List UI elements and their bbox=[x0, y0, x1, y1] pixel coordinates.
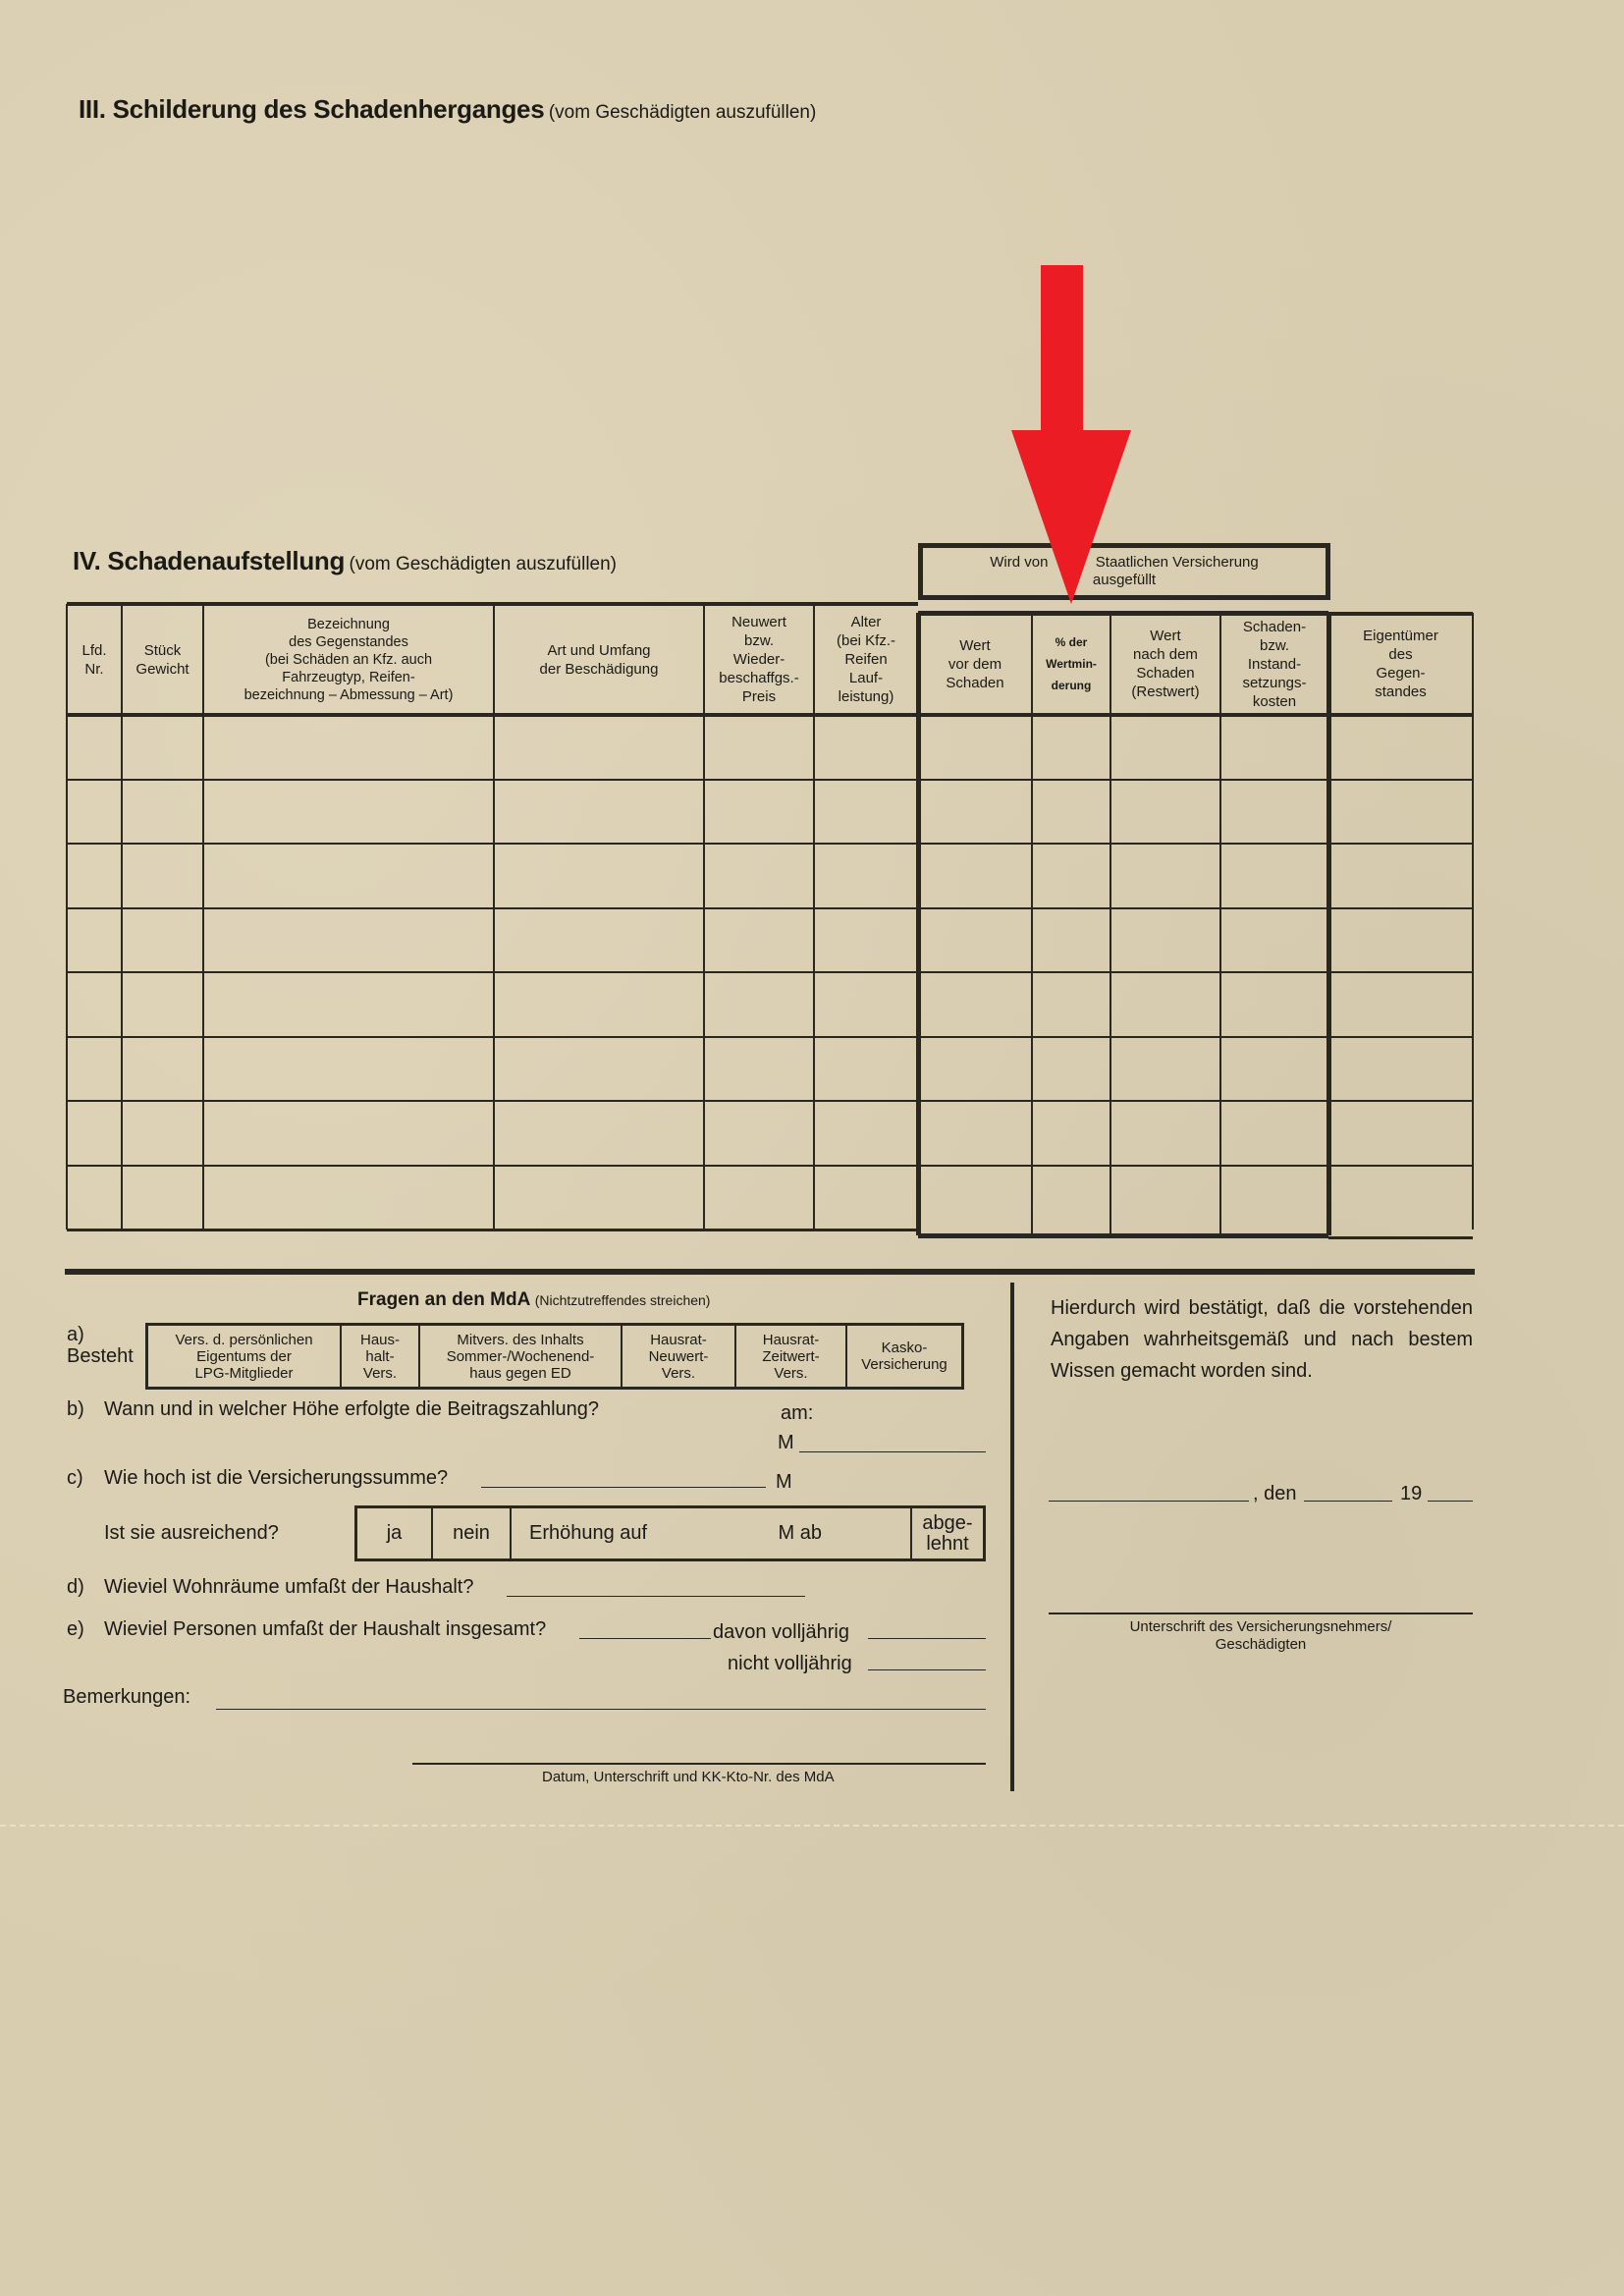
table-cell-alter[interactable] bbox=[816, 974, 916, 1035]
question-a-label: a) Besteht bbox=[67, 1324, 134, 1367]
table-cell-lfd[interactable] bbox=[69, 1103, 120, 1164]
insurance-type-table: Vers. d. persönlichen Eigentums der LPG-… bbox=[145, 1323, 964, 1390]
table-cell-neuwert[interactable] bbox=[706, 846, 812, 906]
red-arrow-down-icon bbox=[1011, 265, 1139, 604]
table-vertical-rule bbox=[813, 604, 816, 1230]
m-ab-label: M ab bbox=[779, 1522, 822, 1545]
table-vertical-rule bbox=[703, 604, 706, 1230]
table-cell-wert_nach[interactable] bbox=[1112, 846, 1218, 906]
table-cell-wertminderung[interactable] bbox=[1034, 1039, 1109, 1100]
nicht-volljaehrig-field[interactable] bbox=[868, 1669, 986, 1670]
table-cell-lfd[interactable] bbox=[69, 974, 120, 1035]
table-cell-wert_nach[interactable] bbox=[1112, 1039, 1218, 1100]
table-cell-stueck[interactable] bbox=[124, 1168, 201, 1229]
column-header-neuwert: Neuwert bzw. Wieder- beschaffgs.- Preis bbox=[707, 607, 811, 712]
mda-note: (Nichtzutreffendes streichen) bbox=[535, 1292, 711, 1308]
table-cell-alter[interactable] bbox=[816, 1168, 916, 1229]
table-cell-kosten[interactable] bbox=[1222, 846, 1326, 906]
option-nein[interactable]: nein bbox=[433, 1508, 512, 1558]
policyholder-signature-caption: Unterschrift des Versicherungsnehmers/ G… bbox=[1049, 1618, 1473, 1654]
mda-signature-field[interactable] bbox=[412, 1763, 986, 1765]
column-header-bezeichnung: Bezeichnung des Gegenstandes (bei Schäde… bbox=[206, 607, 491, 712]
table-cell-neuwert[interactable] bbox=[706, 974, 812, 1035]
table-cell-wert_vor[interactable] bbox=[920, 1168, 1030, 1229]
table-cell-wert_nach[interactable] bbox=[1112, 782, 1218, 843]
table-cell-bezeichnung[interactable] bbox=[205, 717, 492, 778]
table-cell-bezeichnung[interactable] bbox=[205, 1039, 492, 1100]
table-cell-art[interactable] bbox=[496, 717, 702, 778]
table-cell-eigentuemer[interactable] bbox=[1330, 1103, 1471, 1164]
table-cell-wert_vor[interactable] bbox=[920, 1039, 1030, 1100]
table-cell-eigentuemer[interactable] bbox=[1330, 782, 1471, 843]
table-cell-wert_nach[interactable] bbox=[1112, 1168, 1218, 1229]
volljaehrig-field[interactable] bbox=[868, 1638, 986, 1639]
table-cell-art[interactable] bbox=[496, 910, 702, 971]
table-cell-kosten[interactable] bbox=[1222, 1168, 1326, 1229]
table-cell-bezeichnung[interactable] bbox=[205, 1168, 492, 1229]
table-horizontal-rule bbox=[67, 779, 1473, 781]
table-cell-art[interactable] bbox=[496, 974, 702, 1035]
table-cell-stueck[interactable] bbox=[124, 1103, 201, 1164]
table-cell-wert_vor[interactable] bbox=[920, 846, 1030, 906]
table-cell-neuwert[interactable] bbox=[706, 1039, 812, 1100]
table-cell-wertminderung[interactable] bbox=[1034, 782, 1109, 843]
den-label: , den bbox=[1253, 1483, 1296, 1505]
beitragszahlung-amount-field[interactable] bbox=[799, 1451, 986, 1452]
table-cell-neuwert[interactable] bbox=[706, 782, 812, 843]
year-field[interactable] bbox=[1428, 1501, 1473, 1502]
table-cell-wertminderung[interactable] bbox=[1034, 1168, 1109, 1229]
table-cell-kosten[interactable] bbox=[1222, 1039, 1326, 1100]
table-cell-lfd[interactable] bbox=[69, 846, 120, 906]
question-b-currency: M bbox=[778, 1432, 794, 1454]
question-e-text: Wieviel Personen umfaßt der Haushalt ins… bbox=[104, 1618, 546, 1641]
table-cell-kosten[interactable] bbox=[1222, 717, 1326, 778]
nicht-volljaehrig-label: nicht volljährig bbox=[728, 1653, 852, 1675]
table-cell-alter[interactable] bbox=[816, 1039, 916, 1100]
table-horizontal-rule bbox=[918, 611, 1328, 616]
table-horizontal-rule bbox=[67, 602, 918, 606]
option-kasko[interactable]: Kasko- Versicherung bbox=[847, 1326, 961, 1387]
table-vertical-rule bbox=[66, 604, 69, 1230]
place-field[interactable] bbox=[1049, 1501, 1249, 1502]
question-b-text: Wann und in welcher Höhe erfolgte die Be… bbox=[104, 1398, 599, 1421]
table-cell-wertminderung[interactable] bbox=[1034, 974, 1109, 1035]
table-cell-lfd[interactable] bbox=[69, 717, 120, 778]
column-header-wert_vor: Wert vor dem Schaden bbox=[921, 616, 1029, 712]
table-cell-stueck[interactable] bbox=[124, 974, 201, 1035]
table-cell-bezeichnung[interactable] bbox=[205, 782, 492, 843]
table-cell-wertminderung[interactable] bbox=[1034, 846, 1109, 906]
table-cell-alter[interactable] bbox=[816, 910, 916, 971]
question-c-letter: c) bbox=[67, 1467, 83, 1490]
table-cell-alter[interactable] bbox=[816, 846, 916, 906]
column-header-kosten: Schaden- bzw. Instand- setzungs- kosten bbox=[1223, 616, 1326, 712]
table-cell-wert_nach[interactable] bbox=[1112, 974, 1218, 1035]
table-cell-art[interactable] bbox=[496, 782, 702, 843]
table-cell-lfd[interactable] bbox=[69, 1039, 120, 1100]
damage-table: Lfd. Nr.Stück GewichtBezeichnung des Geg… bbox=[0, 0, 1624, 1277]
table-cell-kosten[interactable] bbox=[1222, 974, 1326, 1035]
question-d-text: Wieviel Wohnräume umfaßt der Haushalt? bbox=[104, 1576, 473, 1599]
option-ja[interactable]: ja bbox=[357, 1508, 433, 1558]
table-horizontal-rule bbox=[67, 1036, 1473, 1038]
table-vertical-rule bbox=[1031, 613, 1034, 1235]
option-abgelehnt[interactable]: abge- lehnt bbox=[912, 1508, 983, 1558]
column-header-art: Art und Umfang der Beschädigung bbox=[497, 607, 701, 712]
table-cell-wert_nach[interactable] bbox=[1112, 910, 1218, 971]
table-cell-wertminderung[interactable] bbox=[1034, 717, 1109, 778]
option-hausrat-zeitwert[interactable]: Hausrat- Zeitwert- Vers. bbox=[736, 1326, 847, 1387]
versicherungssumme-field[interactable] bbox=[481, 1487, 766, 1488]
table-cell-alter[interactable] bbox=[816, 782, 916, 843]
table-cell-wert_vor[interactable] bbox=[920, 910, 1030, 971]
question-b-am: am: bbox=[781, 1402, 813, 1425]
signature-caption-line1: Unterschrift des Versicherungsnehmers/ bbox=[1049, 1618, 1473, 1636]
question-c-currency: M bbox=[776, 1471, 792, 1494]
table-cell-kosten[interactable] bbox=[1222, 910, 1326, 971]
table-horizontal-rule bbox=[67, 907, 1473, 909]
policyholder-signature-field[interactable] bbox=[1049, 1613, 1473, 1614]
question-c2-text: Ist sie ausreichend? bbox=[104, 1522, 279, 1545]
signature-caption-line2: Geschädigten bbox=[1049, 1636, 1473, 1654]
table-vertical-rule bbox=[202, 604, 205, 1230]
personen-field[interactable] bbox=[579, 1638, 711, 1639]
table-cell-neuwert[interactable] bbox=[706, 1168, 812, 1229]
option-haushalt-vers[interactable]: Haus- halt- Vers. bbox=[342, 1326, 420, 1387]
erhoehung-label: Erhöhung auf bbox=[529, 1522, 647, 1545]
table-cell-wertminderung[interactable] bbox=[1034, 910, 1109, 971]
confirmation-text: Hierdurch wird bestätigt, daß die vorste… bbox=[1051, 1292, 1473, 1387]
table-cell-lfd[interactable] bbox=[69, 782, 120, 843]
question-e-letter: e) bbox=[67, 1618, 84, 1641]
table-cell-stueck[interactable] bbox=[124, 846, 201, 906]
table-cell-stueck[interactable] bbox=[124, 717, 201, 778]
table-cell-lfd[interactable] bbox=[69, 1168, 120, 1229]
bemerkungen-label: Bemerkungen: bbox=[63, 1686, 190, 1709]
table-cell-neuwert[interactable] bbox=[706, 910, 812, 971]
question-a-besteht: Besteht bbox=[67, 1345, 134, 1367]
table-horizontal-rule bbox=[67, 1229, 918, 1231]
table-horizontal-rule bbox=[918, 1233, 1328, 1238]
table-cell-art[interactable] bbox=[496, 1103, 702, 1164]
table-cell-wert_nach[interactable] bbox=[1112, 1103, 1218, 1164]
wohnraeume-field[interactable] bbox=[507, 1596, 805, 1597]
table-horizontal-rule bbox=[1328, 1236, 1473, 1239]
table-cell-wert_vor[interactable] bbox=[920, 974, 1030, 1035]
mda-signature-caption: Datum, Unterschrift und KK-Kto-Nr. des M… bbox=[542, 1769, 835, 1785]
table-cell-neuwert[interactable] bbox=[706, 1103, 812, 1164]
paper-fold-line bbox=[0, 1825, 1624, 1827]
column-separator bbox=[1010, 1283, 1014, 1791]
question-d-letter: d) bbox=[67, 1576, 84, 1599]
table-cell-wert_vor[interactable] bbox=[920, 717, 1030, 778]
table-cell-neuwert[interactable] bbox=[706, 717, 812, 778]
bemerkungen-field[interactable] bbox=[216, 1709, 986, 1710]
table-cell-eigentuemer[interactable] bbox=[1330, 1168, 1471, 1229]
table-vertical-rule bbox=[1472, 613, 1475, 1230]
column-header-alter: Alter (bei Kfz.- Reifen Lauf- leistung) bbox=[817, 607, 915, 712]
table-vertical-rule bbox=[121, 604, 124, 1230]
question-a-letter: a) bbox=[67, 1324, 134, 1345]
column-header-eigentuemer: Eigentümer des Gegen- standes bbox=[1331, 616, 1470, 712]
table-horizontal-rule bbox=[67, 1165, 1473, 1167]
column-header-stueck: Stück Gewicht bbox=[125, 607, 200, 712]
option-hausrat-neuwert[interactable]: Hausrat- Neuwert- Vers. bbox=[623, 1326, 736, 1387]
table-cell-eigentuemer[interactable] bbox=[1330, 974, 1471, 1035]
table-cell-bezeichnung[interactable] bbox=[205, 910, 492, 971]
table-vertical-rule bbox=[493, 604, 496, 1230]
table-cell-stueck[interactable] bbox=[124, 910, 201, 971]
table-horizontal-rule bbox=[67, 843, 1473, 845]
table-cell-art[interactable] bbox=[496, 1039, 702, 1100]
table-cell-bezeichnung[interactable] bbox=[205, 846, 492, 906]
table-cell-alter[interactable] bbox=[816, 717, 916, 778]
option-mitvers-wochenendhaus[interactable]: Mitvers. des Inhalts Sommer-/Wochenend- … bbox=[420, 1326, 623, 1387]
table-cell-wert_nach[interactable] bbox=[1112, 717, 1218, 778]
table-cell-lfd[interactable] bbox=[69, 910, 120, 971]
table-cell-eigentuemer[interactable] bbox=[1330, 717, 1471, 778]
sufficiency-table: ja nein Erhöhung auf M ab abge- lehnt bbox=[354, 1505, 986, 1561]
date-field[interactable] bbox=[1304, 1501, 1392, 1502]
table-cell-kosten[interactable] bbox=[1222, 782, 1326, 843]
year-prefix: 19 bbox=[1400, 1483, 1422, 1505]
table-cell-bezeichnung[interactable] bbox=[205, 1103, 492, 1164]
mda-title: Fragen an den MdA bbox=[357, 1289, 530, 1310]
table-cell-kosten[interactable] bbox=[1222, 1103, 1326, 1164]
table-cell-stueck[interactable] bbox=[124, 1039, 201, 1100]
question-b-letter: b) bbox=[67, 1398, 84, 1421]
table-cell-wert_vor[interactable] bbox=[920, 1103, 1030, 1164]
column-header-lfd: Lfd. Nr. bbox=[70, 607, 119, 712]
table-cell-eigentuemer[interactable] bbox=[1330, 1039, 1471, 1100]
table-vertical-rule bbox=[1110, 613, 1112, 1235]
mda-heading: Fragen an den MdA (Nichtzutreffendes str… bbox=[357, 1289, 710, 1311]
question-c-text: Wie hoch ist die Versicherungssumme? bbox=[104, 1467, 448, 1490]
table-cell-art[interactable] bbox=[496, 1168, 702, 1229]
table-cell-art[interactable] bbox=[496, 846, 702, 906]
table-cell-wert_vor[interactable] bbox=[920, 782, 1030, 843]
table-vertical-rule bbox=[1219, 613, 1222, 1235]
table-cell-stueck[interactable] bbox=[124, 782, 201, 843]
volljaehrig-label: davon volljährig bbox=[713, 1621, 849, 1644]
table-horizontal-rule bbox=[67, 971, 1473, 973]
table-cell-eigentuemer[interactable] bbox=[1330, 910, 1471, 971]
table-cell-wertminderung[interactable] bbox=[1034, 1103, 1109, 1164]
table-cell-bezeichnung[interactable] bbox=[205, 974, 492, 1035]
table-cell-eigentuemer[interactable] bbox=[1330, 846, 1471, 906]
table-cell-alter[interactable] bbox=[816, 1103, 916, 1164]
section-divider bbox=[65, 1269, 1475, 1275]
option-persoenliches-eigentum[interactable]: Vers. d. persönlichen Eigentums der LPG-… bbox=[148, 1326, 342, 1387]
option-erhoehung[interactable]: Erhöhung auf M ab bbox=[512, 1508, 912, 1558]
table-horizontal-rule bbox=[67, 1100, 1473, 1102]
column-header-wert_nach: Wert nach dem Schaden (Restwert) bbox=[1113, 616, 1218, 712]
column-header-wertminderung: % der Wertmin- derung bbox=[1035, 616, 1108, 712]
